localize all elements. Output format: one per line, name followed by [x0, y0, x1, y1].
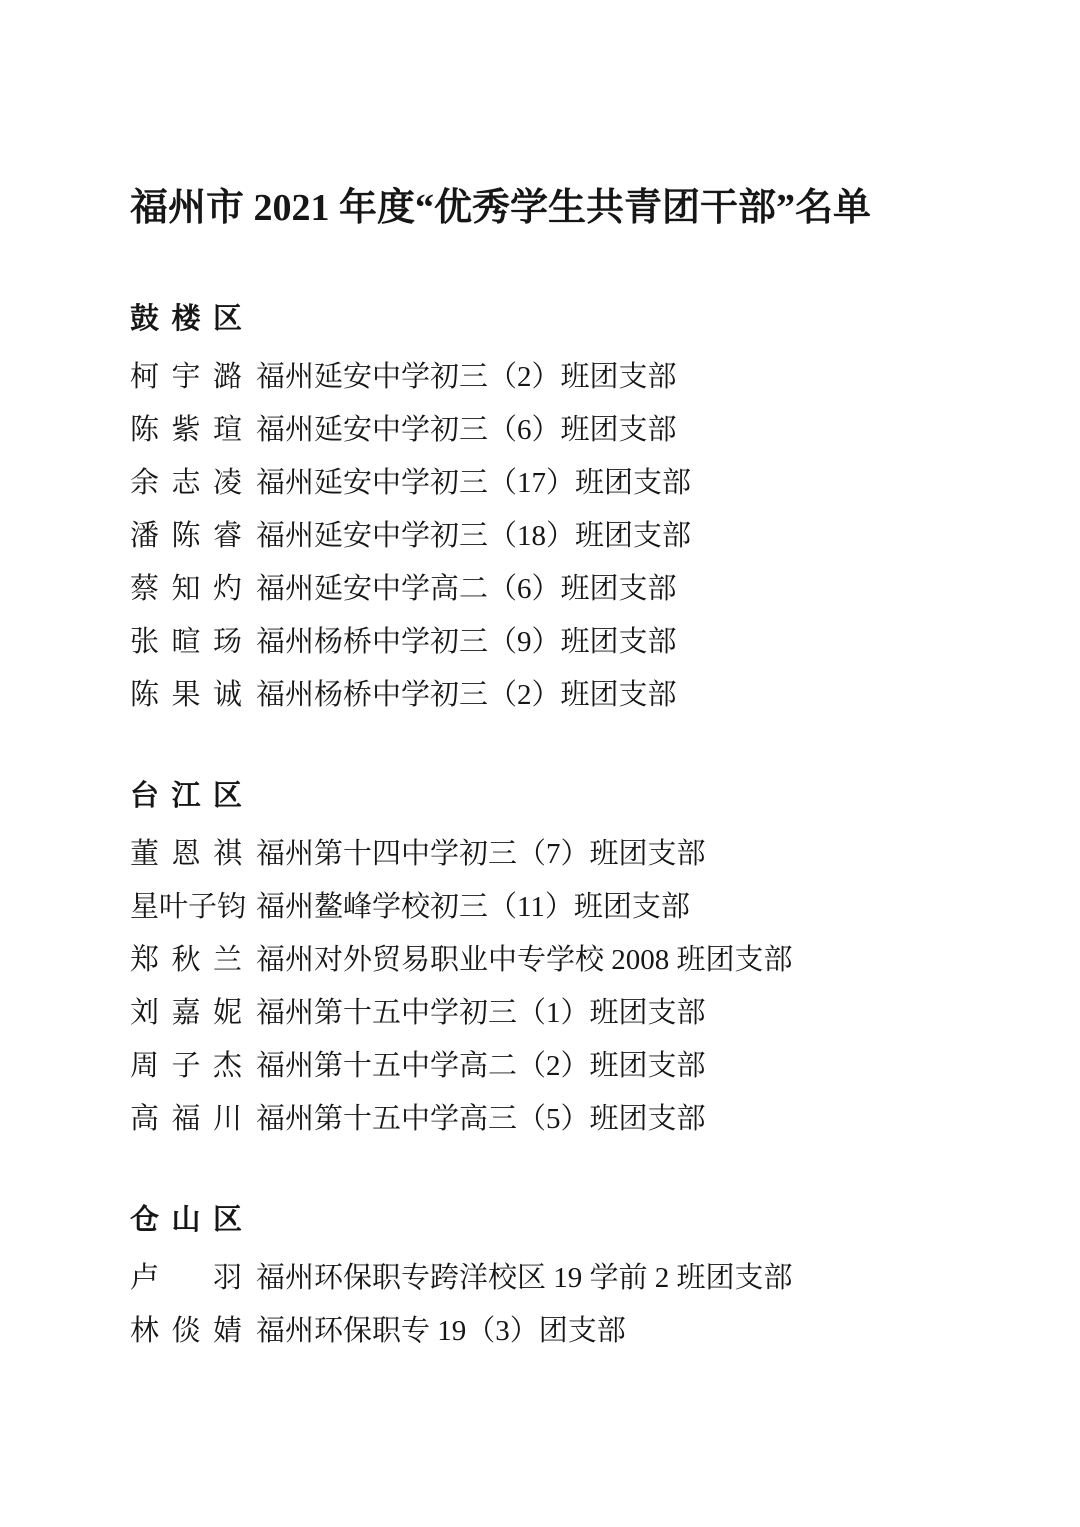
entry-name: 陈果诚 [130, 669, 242, 722]
entry-unit: 福州延安中学高二（6）班团支部 [256, 563, 677, 616]
entry-name: 郑秋兰 [130, 934, 242, 987]
district-section: 台江区董恩祺福州第十四中学初三（7）班团支部星叶子钧福州鳌峰学校初三（11）班团… [130, 770, 1000, 1146]
entry-name: 高福川 [130, 1093, 242, 1146]
entry-name: 张暄玚 [130, 616, 242, 669]
entry-name: 董恩祺 [130, 828, 242, 881]
entry-name: 卢羽 [130, 1252, 242, 1305]
document-page: 福州市 2021 年度“优秀学生共青团干部”名单 鼓楼区柯宇潞福州延安中学初三（… [0, 0, 1080, 1527]
entry-unit: 福州延安中学初三（17）班团支部 [256, 457, 691, 510]
entry-unit: 福州环保职专 19（3）团支部 [256, 1305, 626, 1358]
entry-row: 潘陈睿福州延安中学初三（18）班团支部 [130, 510, 1000, 563]
entry-unit: 福州环保职专跨洋校区 19 学前 2 班团支部 [256, 1252, 793, 1305]
district-header: 台江区 [130, 770, 242, 823]
entry-unit: 福州对外贸易职业中专学校 2008 班团支部 [256, 934, 793, 987]
district-header: 鼓楼区 [130, 293, 242, 346]
entry-unit: 福州第十五中学高三（5）班团支部 [256, 1093, 706, 1146]
entry-name: 陈紫瑄 [130, 404, 242, 457]
entry-name: 林倓婧 [130, 1305, 242, 1358]
entry-row: 柯宇潞福州延安中学初三（2）班团支部 [130, 351, 1000, 404]
district-header: 仓山区 [130, 1194, 242, 1247]
entry-name: 蔡知灼 [130, 563, 242, 616]
entry-row: 蔡知灼福州延安中学高二（6）班团支部 [130, 563, 1000, 616]
entry-name: 周子杰 [130, 1040, 242, 1093]
entry-row: 董恩祺福州第十四中学初三（7）班团支部 [130, 828, 1000, 881]
entry-row: 林倓婧福州环保职专 19（3）团支部 [130, 1305, 1000, 1358]
sections: 鼓楼区柯宇潞福州延安中学初三（2）班团支部陈紫瑄福州延安中学初三（6）班团支部余… [130, 293, 1000, 1358]
entry-unit: 福州延安中学初三（6）班团支部 [256, 404, 677, 457]
entry-row: 张暄玚福州杨桥中学初三（9）班团支部 [130, 616, 1000, 669]
entry-name: 星叶子钧 [130, 881, 242, 934]
entry-unit: 福州第十四中学初三（7）班团支部 [256, 828, 706, 881]
district-section: 鼓楼区柯宇潞福州延安中学初三（2）班团支部陈紫瑄福州延安中学初三（6）班团支部余… [130, 293, 1000, 722]
entry-row: 陈紫瑄福州延安中学初三（6）班团支部 [130, 404, 1000, 457]
entry-name: 余志凌 [130, 457, 242, 510]
entry-row: 周子杰福州第十五中学高二（2）班团支部 [130, 1040, 1000, 1093]
entry-name: 潘陈睿 [130, 510, 242, 563]
entry-unit: 福州延安中学初三（18）班团支部 [256, 510, 691, 563]
district-section: 仓山区卢羽福州环保职专跨洋校区 19 学前 2 班团支部林倓婧福州环保职专 19… [130, 1194, 1000, 1358]
entry-name: 刘嘉妮 [130, 987, 242, 1040]
entry-row: 星叶子钧福州鳌峰学校初三（11）班团支部 [130, 881, 1000, 934]
entry-unit: 福州第十五中学高二（2）班团支部 [256, 1040, 706, 1093]
entry-unit: 福州第十五中学初三（1）班团支部 [256, 987, 706, 1040]
entry-unit: 福州杨桥中学初三（9）班团支部 [256, 616, 677, 669]
entry-unit: 福州杨桥中学初三（2）班团支部 [256, 669, 677, 722]
entry-row: 郑秋兰福州对外贸易职业中专学校 2008 班团支部 [130, 934, 1000, 987]
entry-name: 柯宇潞 [130, 351, 242, 404]
page-title: 福州市 2021 年度“优秀学生共青团干部”名单 [130, 185, 1000, 231]
entry-row: 卢羽福州环保职专跨洋校区 19 学前 2 班团支部 [130, 1252, 1000, 1305]
entry-unit: 福州延安中学初三（2）班团支部 [256, 351, 677, 404]
entry-row: 高福川福州第十五中学高三（5）班团支部 [130, 1093, 1000, 1146]
entry-row: 陈果诚福州杨桥中学初三（2）班团支部 [130, 669, 1000, 722]
entry-row: 刘嘉妮福州第十五中学初三（1）班团支部 [130, 987, 1000, 1040]
entry-unit: 福州鳌峰学校初三（11）班团支部 [256, 881, 690, 934]
entry-row: 余志凌福州延安中学初三（17）班团支部 [130, 457, 1000, 510]
